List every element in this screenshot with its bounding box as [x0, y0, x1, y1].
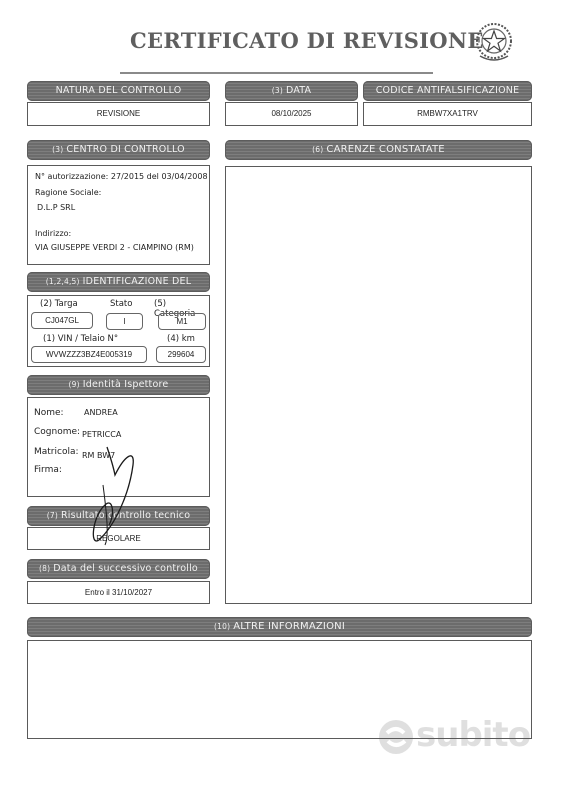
natura-value: REVISIONE	[97, 109, 141, 118]
centro-controllo-header: (3)CENTRO DI CONTROLLO	[27, 140, 210, 160]
km-label: (4) km	[167, 334, 195, 344]
natura-controllo-header: NATURA DEL CONTROLLO	[27, 81, 210, 101]
veicolo-header-num: (1,2,4,5)	[46, 277, 80, 286]
ragione-sociale-label: Ragione Sociale:	[35, 188, 101, 197]
successivo-header-text: Data del successivo controllo	[53, 563, 198, 574]
codice-header-text: CODICE ANTIFALSIFICAZIONE	[376, 85, 520, 96]
indirizzo-value: VIA GIUSEPPE VERDI 2 - CIAMPINO (RM)	[35, 243, 194, 252]
carenze-constatate-box	[225, 166, 532, 604]
subito-logo-icon	[378, 719, 414, 755]
data-header-text: DATA	[286, 85, 311, 96]
targa-value: CJ047GL	[31, 312, 93, 329]
altre-header-text: ALTRE INFORMAZIONI	[233, 621, 345, 632]
autorizzazione-value: 27/2015 del 03/04/2008	[111, 172, 208, 181]
italian-republic-emblem-icon	[472, 20, 516, 64]
risultato-header-num: (7)	[47, 511, 58, 520]
data-header-num: (3)	[272, 86, 283, 95]
stato-value: I	[106, 313, 143, 330]
stato-label: Stato	[110, 299, 132, 309]
carenze-header-text: CARENZE CONSTATATE	[326, 144, 444, 155]
carenze-constatate-header: (6)CARENZE CONSTATATE	[225, 140, 532, 160]
signature-scribble	[85, 445, 145, 550]
altre-header-num: (10)	[214, 622, 230, 631]
cognome-label: Cognome:	[34, 427, 80, 437]
vin-label: (1) VIN / Telaio N°	[43, 334, 118, 344]
targa-label: (2) Targa	[40, 299, 78, 309]
matricola-label: Matricola:	[34, 447, 79, 457]
data-field: 08/10/2025	[225, 102, 358, 126]
ispettore-header-text: Identità Ispettore	[83, 379, 169, 390]
firma-label: Firma:	[34, 465, 62, 475]
data-value: 08/10/2025	[271, 109, 311, 118]
autorizzazione-label: N° autorizzazione:	[35, 172, 108, 181]
codice-antifalsificazione-header: CODICE ANTIFALSIFICAZIONE	[363, 81, 532, 101]
centro-header-num: (3)	[52, 145, 63, 154]
title-divider	[120, 72, 433, 74]
data-header: (3)DATA	[225, 81, 358, 101]
successivo-value: Entro il 31/10/2027	[85, 588, 152, 597]
ispettore-header-num: (9)	[69, 380, 80, 389]
nome-value: ANDREA	[84, 408, 118, 417]
categoria-value: M1	[158, 313, 206, 330]
subito-watermark: subito	[378, 715, 538, 765]
codice-antifalsificazione-field: RMBW7XA1TRV	[363, 102, 532, 126]
vin-value: WVWZZZ3BZ4E005319	[31, 346, 147, 363]
identificazione-veicolo-box: (2) Targa Stato (5) Categoria CJ047GL I …	[27, 295, 210, 367]
codice-value: RMBW7XA1TRV	[417, 109, 478, 118]
natura-header-text: NATURA DEL CONTROLLO	[56, 85, 182, 96]
altre-informazioni-header: (10)ALTRE INFORMAZIONI	[27, 617, 532, 637]
subito-watermark-text: subito	[416, 715, 530, 755]
successivo-controllo-field: Entro il 31/10/2027	[27, 581, 210, 604]
centro-controllo-box: N° autorizzazione: 27/2015 del 03/04/200…	[27, 165, 210, 265]
successivo-header-num: (8)	[39, 564, 50, 573]
document-title: CERTIFICATO DI REVISIONE	[130, 28, 484, 53]
identificazione-veicolo-header: (1,2,4,5)IDENTIFICAZIONE DEL VEICOLO	[27, 272, 210, 292]
identita-ispettore-header: (9)Identità Ispettore	[27, 375, 210, 395]
nome-label: Nome:	[34, 408, 64, 418]
indirizzo-label: Indirizzo:	[35, 229, 71, 238]
cognome-value: PETRICCA	[82, 430, 121, 439]
ragione-sociale-value: D.L.P SRL	[37, 203, 75, 212]
km-value: 299604	[156, 346, 206, 363]
centro-header-text: CENTRO DI CONTROLLO	[66, 144, 184, 155]
carenze-header-num: (6)	[312, 145, 323, 154]
natura-controllo-field: REVISIONE	[27, 102, 210, 126]
successivo-controllo-header: (8)Data del successivo controllo	[27, 559, 210, 579]
